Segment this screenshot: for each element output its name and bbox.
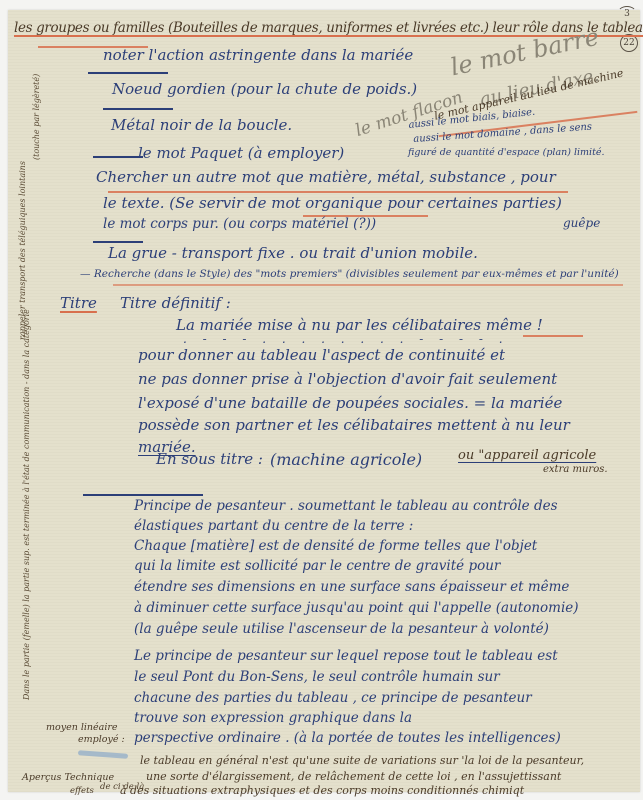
note-recherche: — Recherche (dans le Style) des "mots pr… [80, 268, 619, 280]
margin-effets: effets [70, 786, 94, 796]
note-paquet: le mot Paquet (à employer) [138, 144, 344, 162]
title-body-3: l'exposé d'une bataille de poupées socia… [138, 394, 562, 412]
pesanteur-line-3: Chaque [matière] est de densité de forme… [134, 538, 537, 554]
note-texte-guepe: guêpe [563, 216, 600, 230]
divider [103, 108, 173, 110]
note-grue: La grue - transport fixe . ou trait d'un… [108, 244, 478, 262]
recherche-red-rule [113, 284, 623, 286]
annotation-quantite: figuré de quantité d'espace (plan) limit… [408, 147, 605, 158]
title-body-4: possède son partner et les célibataires … [138, 416, 570, 434]
title-red-rule [523, 335, 583, 337]
pesanteur-line-1: Principe de pesanteur . soumettant le ta… [134, 498, 558, 514]
page-number-circled: 22 [620, 34, 638, 52]
pesanteur-line-2: élastiques partant du centre de la terre… [134, 518, 413, 534]
subtitle-label: En sous titre : [156, 450, 263, 468]
note-chercher: Chercher un autre mot que matière, métal… [96, 168, 556, 186]
note-texte: le texte. (Se servir de mot organique po… [103, 194, 562, 212]
pesanteur-line-5: étendre ses dimensions en une surface sa… [134, 579, 569, 595]
margin-employe: employé : [78, 734, 125, 745]
final-line-2: une sorte d'élargissement, de relâchemen… [146, 770, 561, 783]
margin-de-ci: de ci de là [100, 782, 144, 792]
final-line-1: le tableau en général n'est qu'une suite… [140, 754, 584, 767]
pesanteur-line-6: à diminuer cette surface jusqu'au point … [134, 600, 579, 616]
principle-line-4: trouve son expression graphique dans la [134, 710, 412, 726]
title-body-1: pour donner au tableau l'aspect de conti… [138, 346, 505, 364]
manuscript-sheet: 3 22 les groupes ou familles (Bouteilles… [8, 10, 640, 792]
note-astringente: noter l'action astringente dans la marié… [103, 46, 413, 64]
pesanteur-line-7: (la guêpe seule utilise l'ascenseur de l… [134, 621, 549, 637]
margin-left-top-2: (touche par légèreté) [32, 74, 41, 160]
divider [88, 72, 168, 74]
subtitle-alt: ou "appareil agricole [458, 448, 596, 463]
divider [83, 494, 203, 496]
subtitle: (machine agricole) [270, 450, 422, 469]
principle-line-1: Le principe de pesanteur sur lequel repo… [134, 648, 558, 664]
pesanteur-line-4: qui la limite est sollicité par le centr… [134, 558, 500, 574]
chercher-red-rule [108, 191, 568, 193]
principle-line-5: perspective ordinaire . (à la portée de … [134, 730, 561, 746]
divider [93, 241, 143, 243]
principle-line-3: chacune des parties du tableau , ce prin… [134, 690, 532, 706]
divider [93, 156, 143, 158]
title-body-2: ne pas donner prise à l'objection d'avoi… [138, 370, 557, 388]
note-corps: le mot corps pur. (ou corps matériel (?)… [103, 216, 376, 232]
title-dots: . - - - . . . . . . . . - - - - . [183, 332, 509, 346]
blue-smear [78, 750, 128, 758]
note-noeud: Noeud gordien (pour la chute de poids.) [112, 80, 417, 98]
margin-left-mid: Dans le partie (femelle) la partie sup. … [22, 309, 31, 700]
subtitle-alt-2: extra muros. [543, 464, 608, 475]
title-label: Titre [60, 294, 97, 312]
margin-moyen: moyen linéaire [46, 722, 118, 733]
principle-line-2: le seul Pont du Bon-Sens, le seul contrô… [134, 669, 500, 685]
final-line-3: à des situations extraphysiques et des c… [120, 784, 524, 797]
title-heading: Titre définitif : [120, 294, 231, 312]
note-metal: Métal noir de la boucle. [111, 116, 292, 134]
